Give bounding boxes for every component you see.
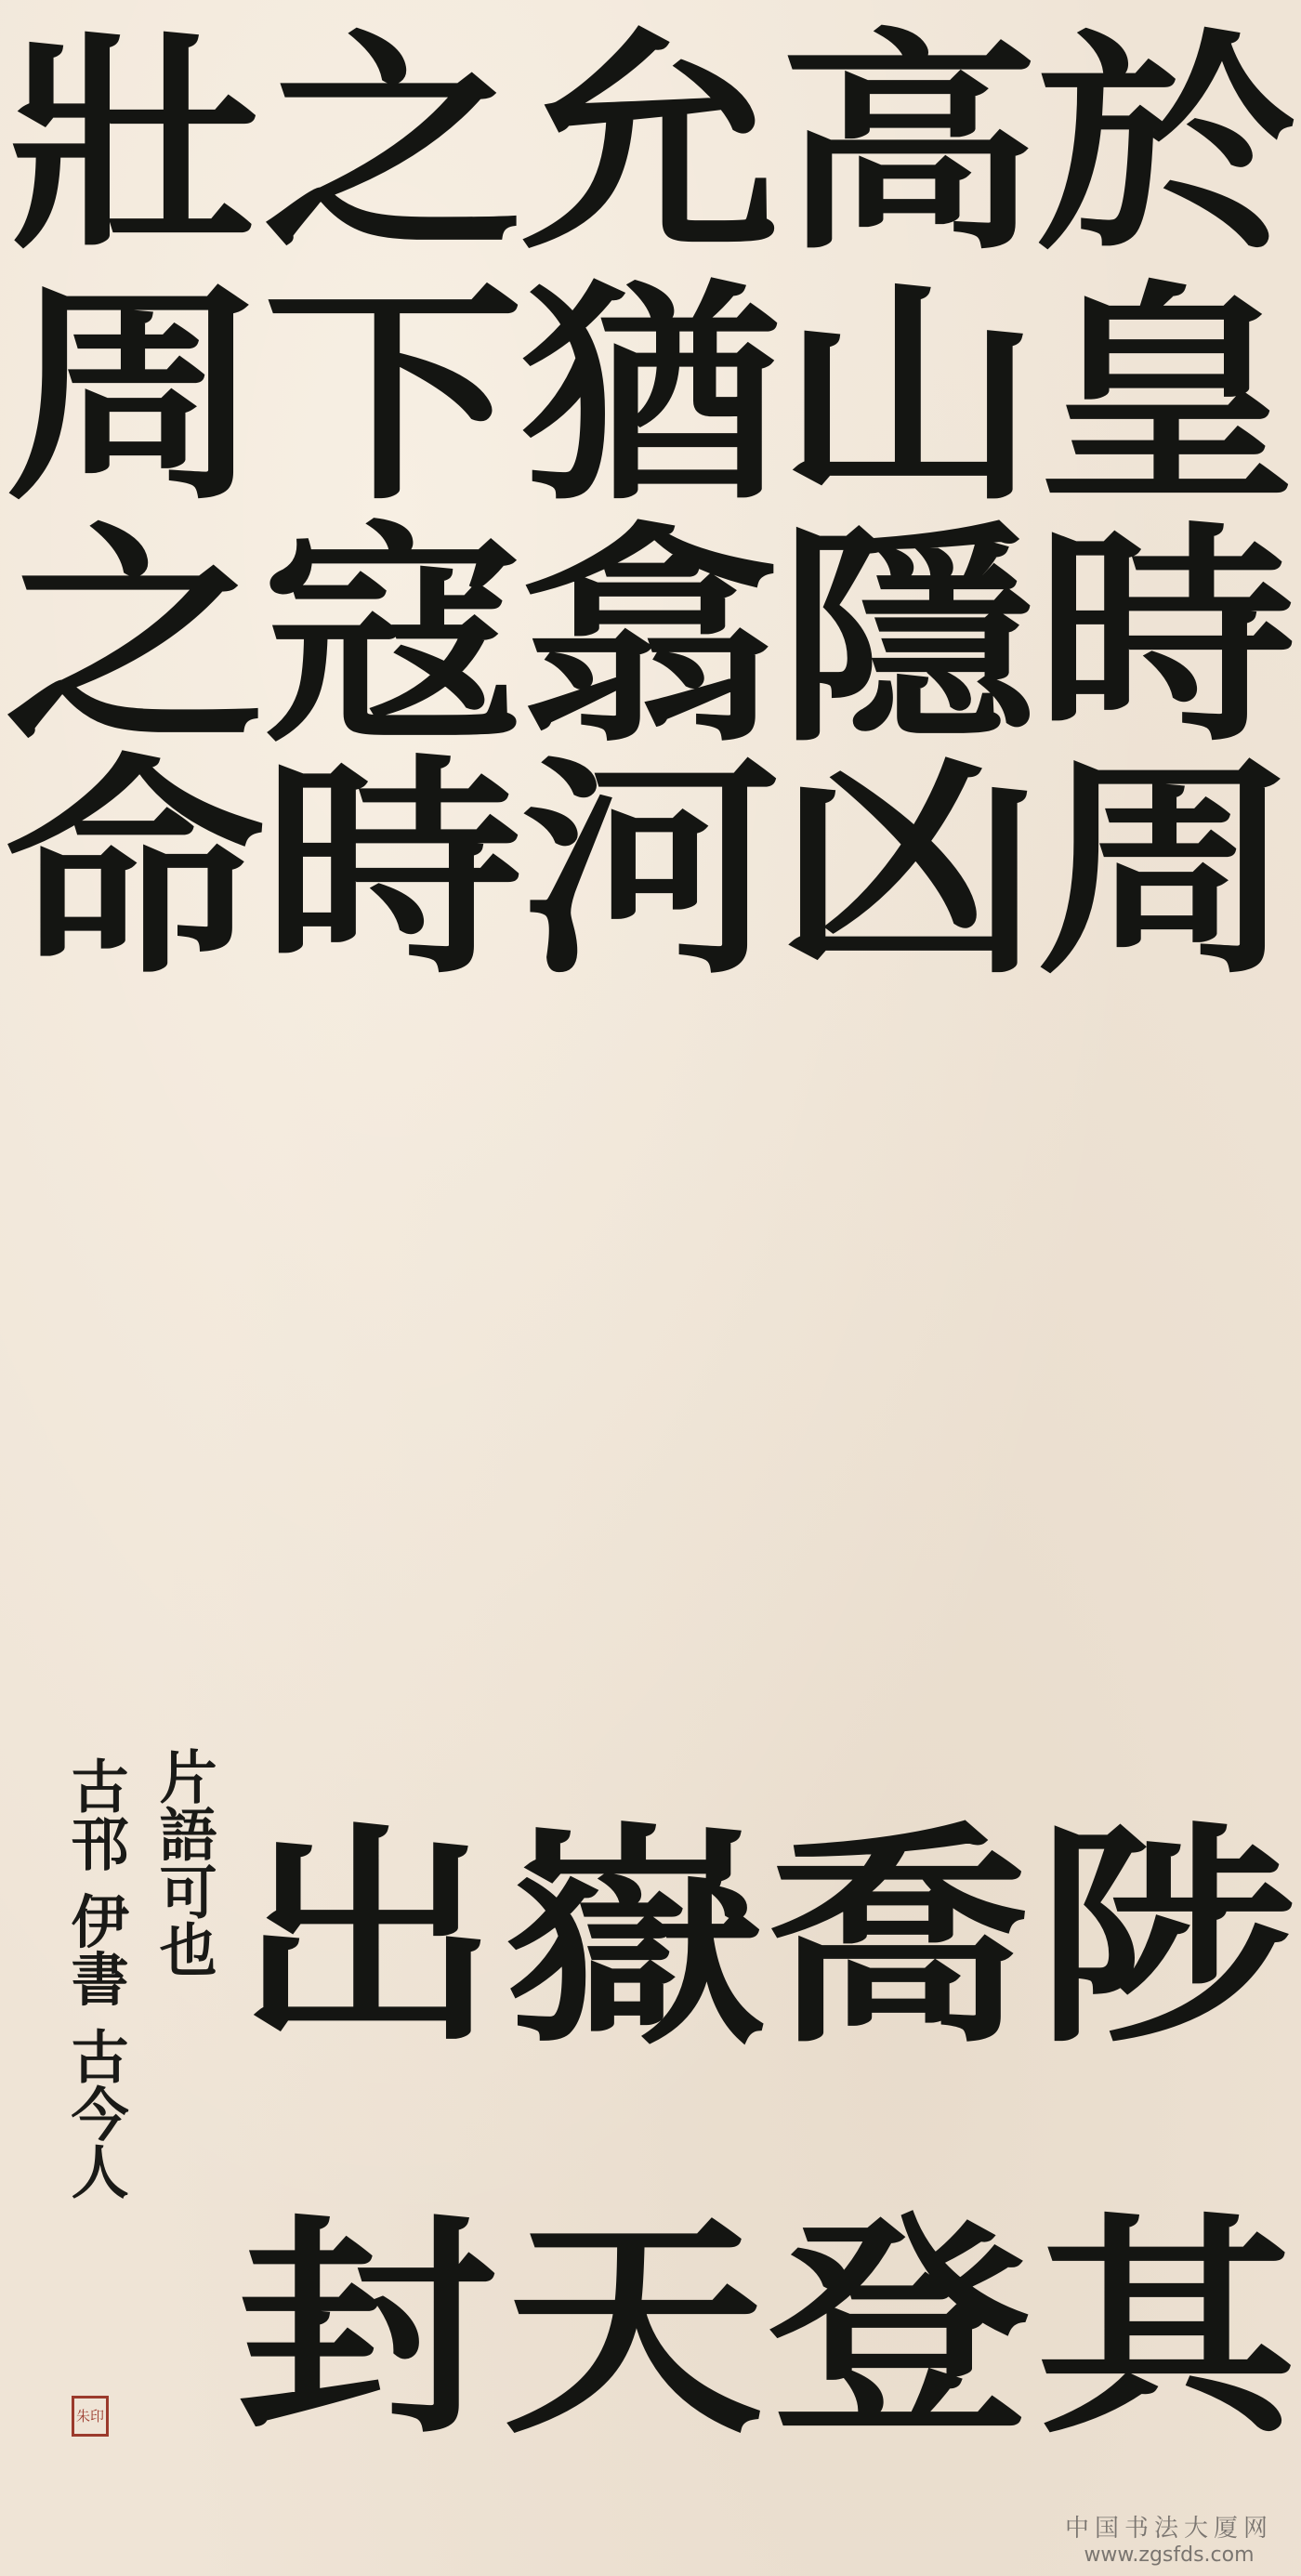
character: 封 bbox=[227, 2212, 507, 2444]
inscription-column-1: 片語可也 bbox=[153, 1747, 214, 1978]
character: 隱 bbox=[768, 520, 1048, 753]
calligraphy-row-2: 皇 山 猶 下 周 bbox=[0, 279, 1301, 511]
character: 高 bbox=[768, 28, 1048, 260]
red-seal-stamp: 朱印 bbox=[72, 2396, 109, 2437]
character: 周 bbox=[1026, 753, 1301, 985]
character: 翕 bbox=[510, 520, 791, 753]
character: 河 bbox=[510, 753, 791, 985]
character: 其 bbox=[1026, 2212, 1301, 2444]
character: 山 bbox=[768, 279, 1048, 511]
watermark: 中国书法大厦网 www.zgsfds.com bbox=[1065, 2509, 1273, 2567]
character: 皇 bbox=[1026, 279, 1301, 511]
watermark-text: 中国书法大厦网 bbox=[1065, 2509, 1273, 2543]
character: 寇 bbox=[252, 520, 532, 753]
calligraphy-row-6: 其 登 天 封 bbox=[0, 2212, 1301, 2444]
seal-text: 朱印 bbox=[76, 2409, 104, 2425]
calligraphy-row-3: 時 隱 翕 寇 之 bbox=[0, 520, 1301, 753]
character: 猶 bbox=[510, 279, 791, 511]
character: 周 bbox=[0, 279, 275, 511]
inscription-column-2: 古邗 伊書 古今人 bbox=[65, 1756, 125, 2200]
watermark-url: www.zgsfds.com bbox=[1065, 2543, 1273, 2567]
character: 壯 bbox=[0, 28, 275, 260]
character: 命 bbox=[0, 753, 275, 985]
character: 登 bbox=[759, 2212, 1040, 2444]
character: 出 bbox=[227, 1821, 507, 2054]
character: 陟 bbox=[1026, 1821, 1301, 2054]
character: 於 bbox=[1026, 28, 1301, 260]
calligraphy-row-1: 於 高 允 之 壯 bbox=[0, 28, 1301, 260]
character: 時 bbox=[1026, 520, 1301, 753]
character: 之 bbox=[252, 28, 532, 260]
calligraphy-row-4: 周 凶 河 時 命 bbox=[0, 753, 1301, 985]
character: 凶 bbox=[768, 753, 1048, 985]
character: 嶽 bbox=[493, 1821, 773, 2054]
character: 喬 bbox=[759, 1821, 1040, 2054]
character: 下 bbox=[252, 279, 532, 511]
character: 天 bbox=[493, 2212, 773, 2444]
character: 時 bbox=[252, 753, 532, 985]
character: 之 bbox=[0, 520, 275, 753]
character: 允 bbox=[510, 28, 791, 260]
